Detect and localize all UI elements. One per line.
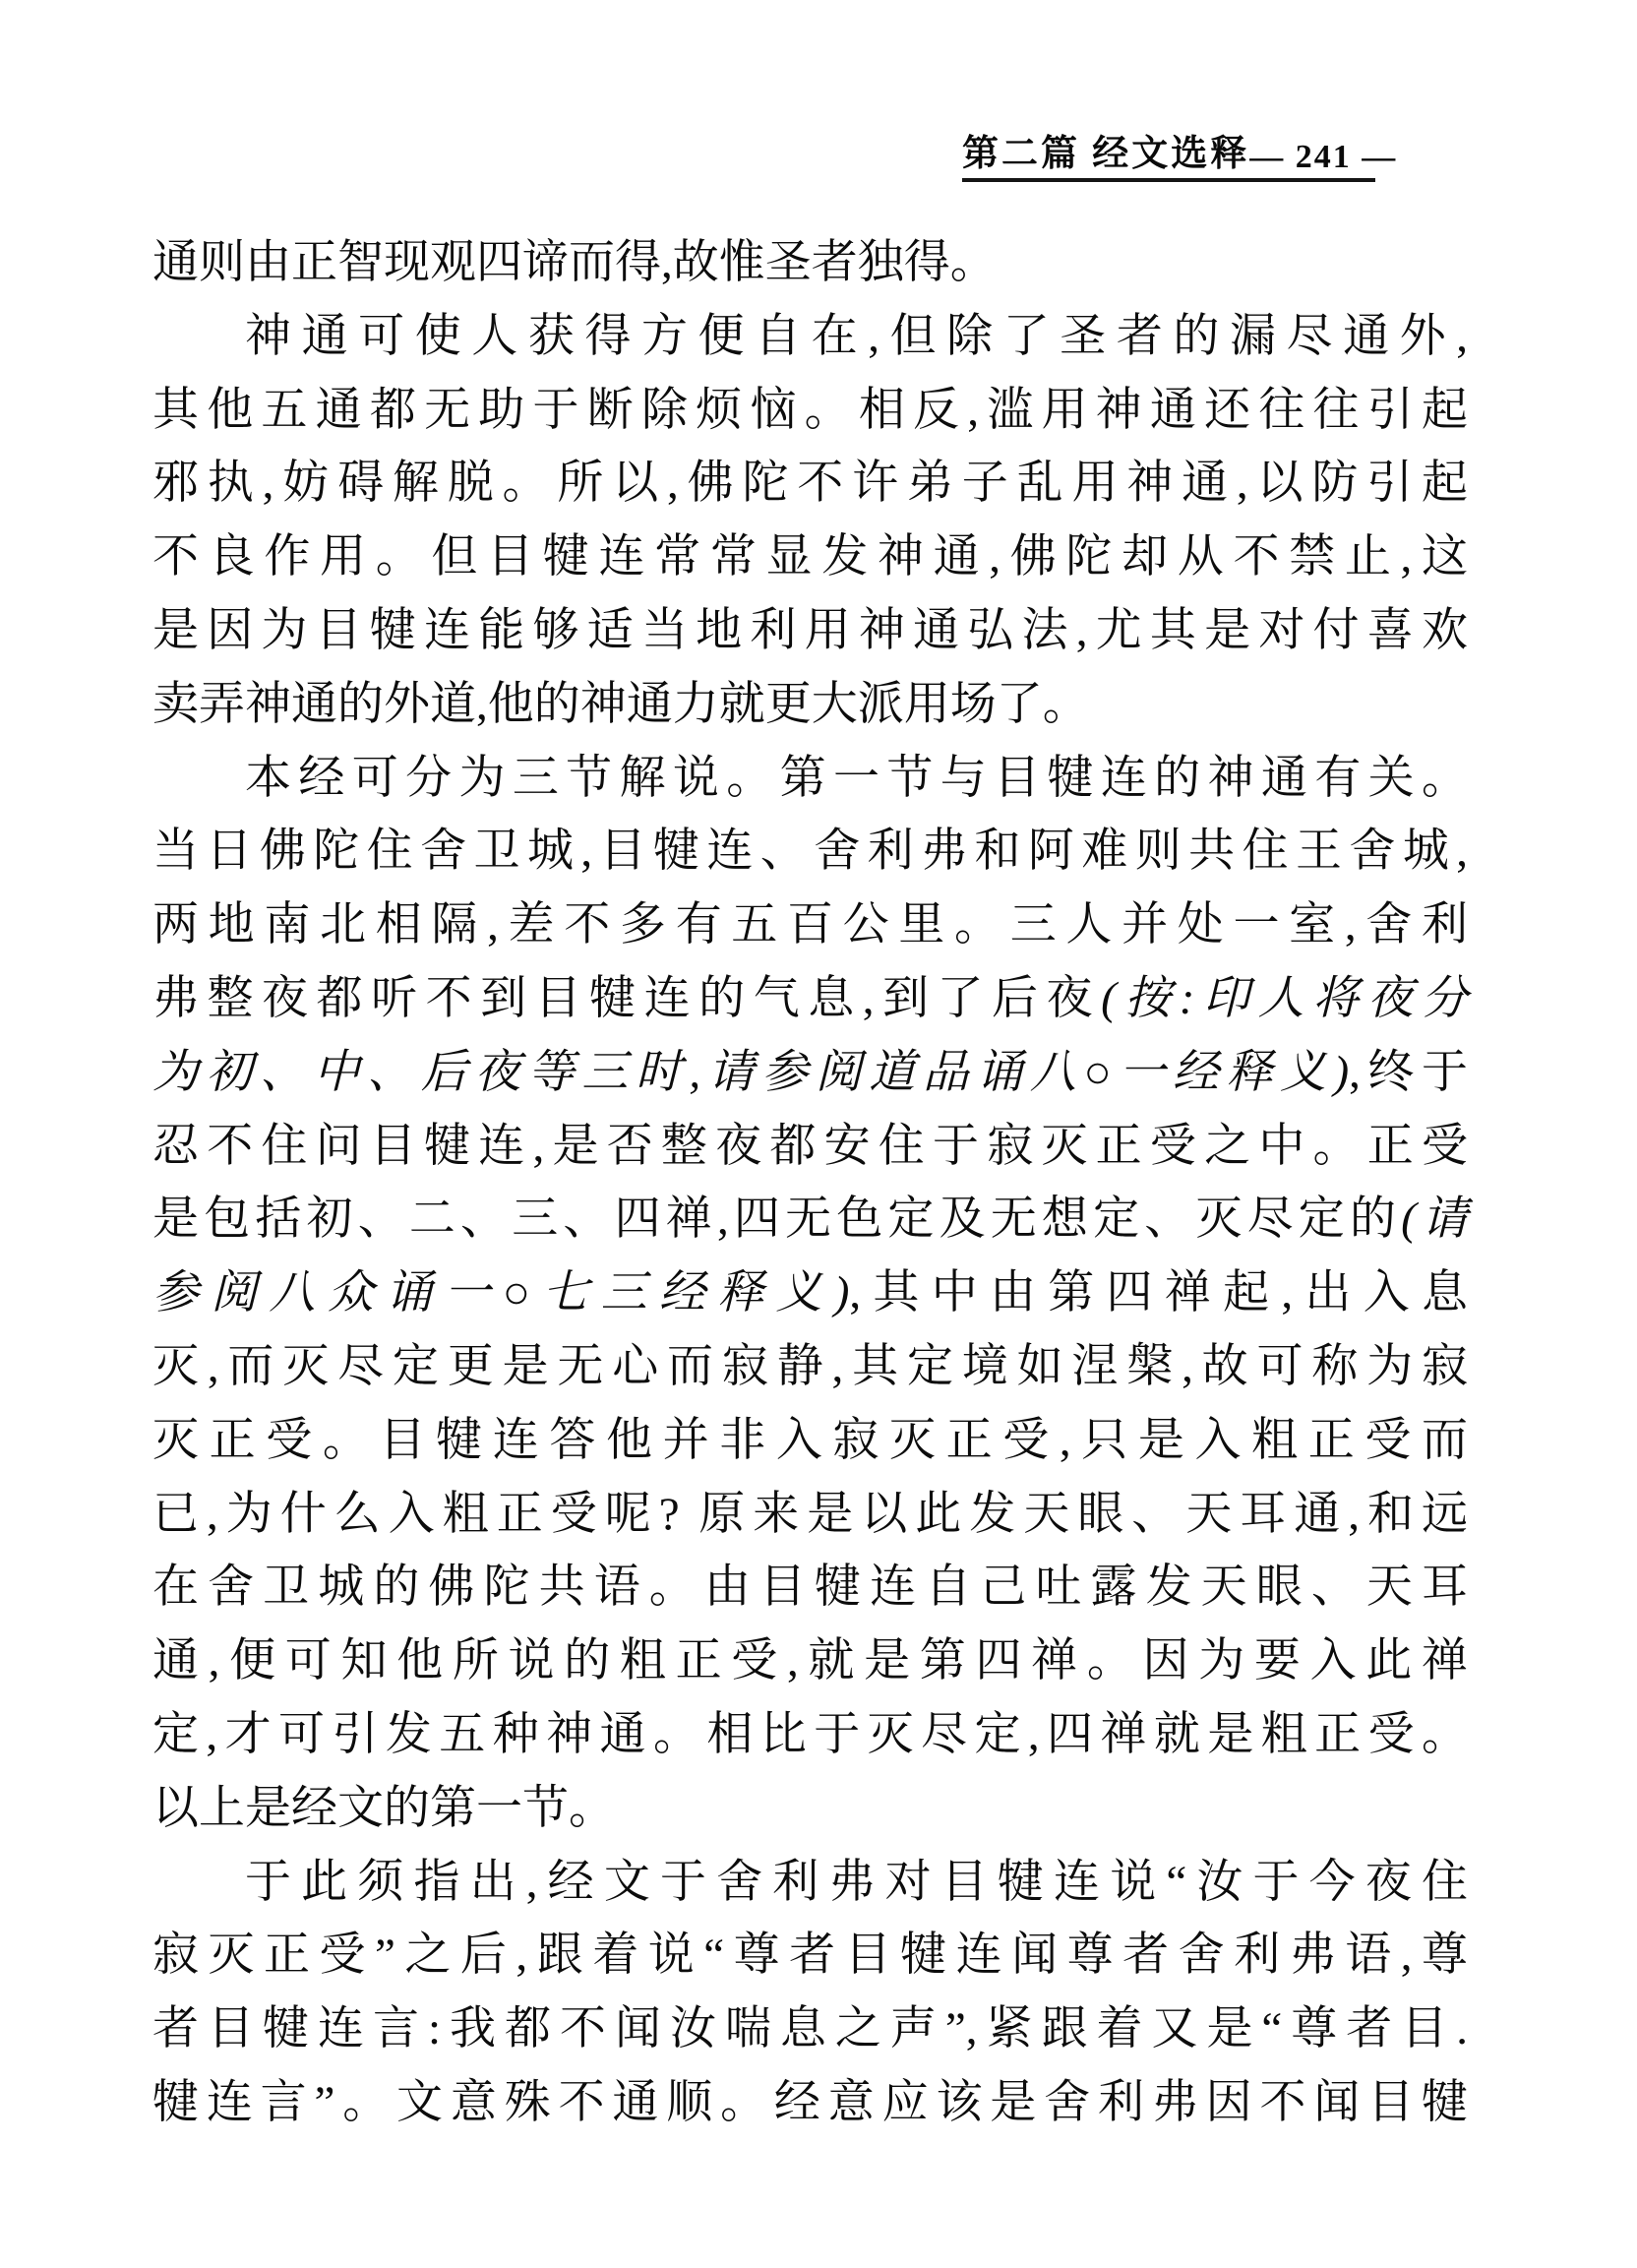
- text-line: 于此须指出,经文于舍利弗对目犍连说“汝于今夜住: [152, 1846, 1468, 1920]
- body-text: 在舍卫城的佛陀共语。由目犍连自己吐露发天眼、天耳: [152, 1562, 1468, 1613]
- running-header: 第二篇 经文选释 — 241 —: [962, 129, 1375, 176]
- body-text: 通,便可知他所说的粗正受,就是第四禅。因为要入此禅: [152, 1635, 1468, 1686]
- body-text: 灭正受。目犍连答他并非入寂灭正受,只是入粗正受而: [152, 1415, 1468, 1466]
- annotation-text: (按:印人将夜分: [1101, 973, 1468, 1024]
- text-line: 是因为目犍连能够适当地利用神通弘法,尤其是对付喜欢: [152, 594, 1468, 668]
- text-line: 犍连言”。文意殊不通顺。经意应该是舍利弗因不闻目犍: [152, 2066, 1468, 2140]
- body-text: ,终于: [1349, 1047, 1468, 1098]
- text-line: 其他五通都无助于断除烦恼。相反,滥用神通还往往引起: [152, 374, 1468, 448]
- text-line: 神通可使人获得方便自在,但除了圣者的漏尽通外,: [152, 300, 1468, 374]
- text-line: 灭,而灭尽定更是无心而寂静,其定境如涅槃,故可称为寂: [152, 1330, 1468, 1404]
- body-text: 通则由正智现观四谛而得,故惟圣者独得。: [152, 237, 997, 288]
- body-text: 定,才可引发五种神通。相比于灭尽定,四禅就是粗正受。: [152, 1709, 1468, 1760]
- text-line: 两地南北相隔,差不多有五百公里。三人并处一室,舍利: [152, 889, 1468, 962]
- body-text: 犍连言”。文意殊不通顺。经意应该是舍利弗因不闻目犍: [152, 2077, 1468, 2128]
- book-page: 第二篇 经文选释 — 241 — 通则由正智现观四谛而得,故惟圣者独得。神通可使…: [0, 0, 1637, 2268]
- text-line: 通,便可知他所说的粗正受,就是第四禅。因为要入此禅: [152, 1624, 1468, 1698]
- body-text: 于此须指出,经文于舍利弗对目犍连说“汝于今夜住: [245, 1857, 1468, 1908]
- text-line: 定,才可引发五种神通。相比于灭尽定,四禅就是粗正受。: [152, 1698, 1468, 1772]
- body-text: 当日佛陀住舍卫城,目犍连、舍利弗和阿难则共住王舍城,: [152, 826, 1468, 877]
- annotation-text: (请: [1401, 1194, 1468, 1245]
- text-line: 当日佛陀住舍卫城,目犍连、舍利弗和阿难则共住王舍城,: [152, 815, 1468, 889]
- body-text: 其他五通都无助于断除烦恼。相反,滥用神通还往往引起: [152, 385, 1468, 436]
- header-rule: [962, 178, 1375, 182]
- body-text: 卖弄神通的外道,他的神通力就更大派用场了。: [152, 679, 1089, 730]
- text-line: 参阅八众诵一○七三经释义),其中由第四禅起,出入息: [152, 1257, 1468, 1330]
- annotation-text: 参阅八众诵一○七三经释义): [152, 1267, 849, 1318]
- body-text: ,其中由第四禅起,出入息: [849, 1267, 1468, 1318]
- text-line: 在舍卫城的佛陀共语。由目犍连自己吐露发天眼、天耳: [152, 1551, 1468, 1624]
- body-text: 已,为什么入粗正受呢? 原来是以此发天眼、天耳通,和远: [152, 1489, 1468, 1540]
- text-line: 通则由正智现观四谛而得,故惟圣者独得。: [152, 226, 1468, 300]
- text-line: 是包括初、二、三、四禅,四无色定及无想定、灭尽定的(请: [152, 1183, 1468, 1257]
- text-line: 邪执,妨碍解脱。所以,佛陀不许弟子乱用神通,以防引起: [152, 447, 1468, 521]
- body-text: 是因为目犍连能够适当地利用神通弘法,尤其是对付喜欢: [152, 605, 1468, 656]
- text-line: 本经可分为三节解说。第一节与目犍连的神通有关。: [152, 742, 1468, 816]
- body-text: 神通可使人获得方便自在,但除了圣者的漏尽通外,: [245, 311, 1468, 362]
- body-text: 灭,而灭尽定更是无心而寂静,其定境如涅槃,故可称为寂: [152, 1341, 1468, 1392]
- text-line: 忍不住问目犍连,是否整夜都安住于寂灭正受之中。正受: [152, 1110, 1468, 1184]
- body-text: 者目犍连言:我都不闻汝喘息之声”,紧跟着又是“尊者目.: [152, 2003, 1468, 2054]
- text-line: 卖弄神通的外道,他的神通力就更大派用场了。: [152, 668, 1468, 742]
- text-line: 以上是经文的第一节。: [152, 1772, 1468, 1846]
- body-text: 弗整夜都听不到目犍连的气息,到了后夜: [152, 973, 1101, 1024]
- body-text: 是包括初、二、三、四禅,四无色定及无想定、灭尽定的: [152, 1194, 1401, 1245]
- text-line: 不良作用。但目犍连常常显发神通,佛陀却从不禁止,这: [152, 521, 1468, 594]
- body-text: 不良作用。但目犍连常常显发神通,佛陀却从不禁止,这: [152, 531, 1468, 582]
- text-line: 者目犍连言:我都不闻汝喘息之声”,紧跟着又是“尊者目.: [152, 1992, 1468, 2066]
- body-text: 本经可分为三节解说。第一节与目犍连的神通有关。: [245, 753, 1468, 804]
- text-line: 弗整夜都听不到目犍连的气息,到了后夜(按:印人将夜分: [152, 962, 1468, 1036]
- body-text: 两地南北相隔,差不多有五百公里。三人并处一室,舍利: [152, 899, 1468, 950]
- text-line: 为初、中、后夜等三时,请参阅道品诵八○一经释义),终于: [152, 1036, 1468, 1110]
- body-text: 忍不住问目犍连,是否整夜都安住于寂灭正受之中。正受: [152, 1121, 1468, 1172]
- header-page-number: — 241 —: [1249, 139, 1397, 176]
- body-text: 寂灭正受”之后,跟着说“尊者目犍连闻尊者舍利弗语,尊: [152, 1930, 1468, 1981]
- text-line: 寂灭正受”之后,跟着说“尊者目犍连闻尊者舍利弗语,尊: [152, 1919, 1468, 1992]
- header-section-title: 第二篇 经文选释: [962, 123, 1249, 176]
- text-line: 灭正受。目犍连答他并非入寂灭正受,只是入粗正受而: [152, 1404, 1468, 1478]
- body-text: 以上是经文的第一节。: [152, 1783, 615, 1834]
- text-block: 通则由正智现观四谛而得,故惟圣者独得。神通可使人获得方便自在,但除了圣者的漏尽通…: [152, 226, 1468, 2140]
- body-text: 邪执,妨碍解脱。所以,佛陀不许弟子乱用神通,以防引起: [152, 458, 1468, 509]
- text-line: 已,为什么入粗正受呢? 原来是以此发天眼、天耳通,和远: [152, 1478, 1468, 1552]
- annotation-text: 为初、中、后夜等三时,请参阅道品诵八○一经释义): [152, 1047, 1349, 1098]
